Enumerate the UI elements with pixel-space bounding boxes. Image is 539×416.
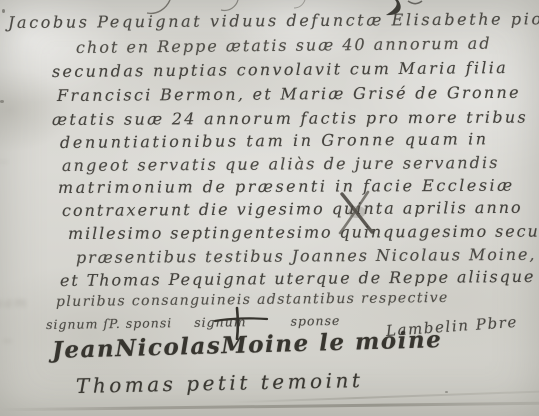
paper-crease-bottom <box>0 402 539 412</box>
ink-bleed-mark-2: uam <box>0 296 28 311</box>
signum-line: signum ſP. sponsisignumsponse <box>46 313 341 332</box>
manuscript-line-2: chot en Reppe ætatis suæ 40 annorum ad <box>76 34 492 57</box>
witness-signature-moine: JeanNicolasMoine le moine <box>52 326 443 364</box>
manuscript-line-8: matrimonium de præsenti in facie Ecclesi… <box>58 176 515 197</box>
manuscript-line-1: Jacobus Pequignat viduus defunctæ Elisab… <box>8 9 539 32</box>
manuscript-line-4: Francisci Bermon, et Mariæ Grisé de Gron… <box>57 83 521 105</box>
manuscript-line-5: ætatis suæ 24 annorum factis pro more tr… <box>52 108 528 129</box>
manuscript-line-11: præsentibus testibus Joannes Nicolaus Mo… <box>76 245 536 267</box>
manuscript-line-12: et Thomas Pequignat uterque de Reppe ali… <box>60 267 535 290</box>
manuscript-line-10: millesimo septingentesimo quinquagesimo … <box>68 221 539 243</box>
manuscript-line-9: contraxerunt die vigesimo quinta aprilis… <box>62 198 523 220</box>
manuscript-page: Jacobus Pequignat viduus defunctæ Elisab… <box>0 0 539 416</box>
signum-sponsi-text: signum ſP. sponsi <box>46 315 172 332</box>
ink-speck <box>445 391 448 393</box>
manuscript-line-3: secundas nuptias convolavit cum Maria fi… <box>52 58 508 81</box>
manuscript-line-7: angeot servatis que aliàs de jure servan… <box>62 153 500 175</box>
ink-strike-cross <box>332 190 382 236</box>
sponsae-word: sponse <box>290 313 340 329</box>
ink-bleed-mark-1: ... <box>0 152 8 167</box>
ink-speck <box>0 100 4 103</box>
ink-speck <box>2 9 5 13</box>
ink-bleed-mark-3: ~ <box>2 334 13 349</box>
witness-signature-petit: Thomas petit temoint <box>76 368 364 398</box>
manuscript-line-6: denuntiationibus tam in Gronne quam in <box>60 129 489 152</box>
